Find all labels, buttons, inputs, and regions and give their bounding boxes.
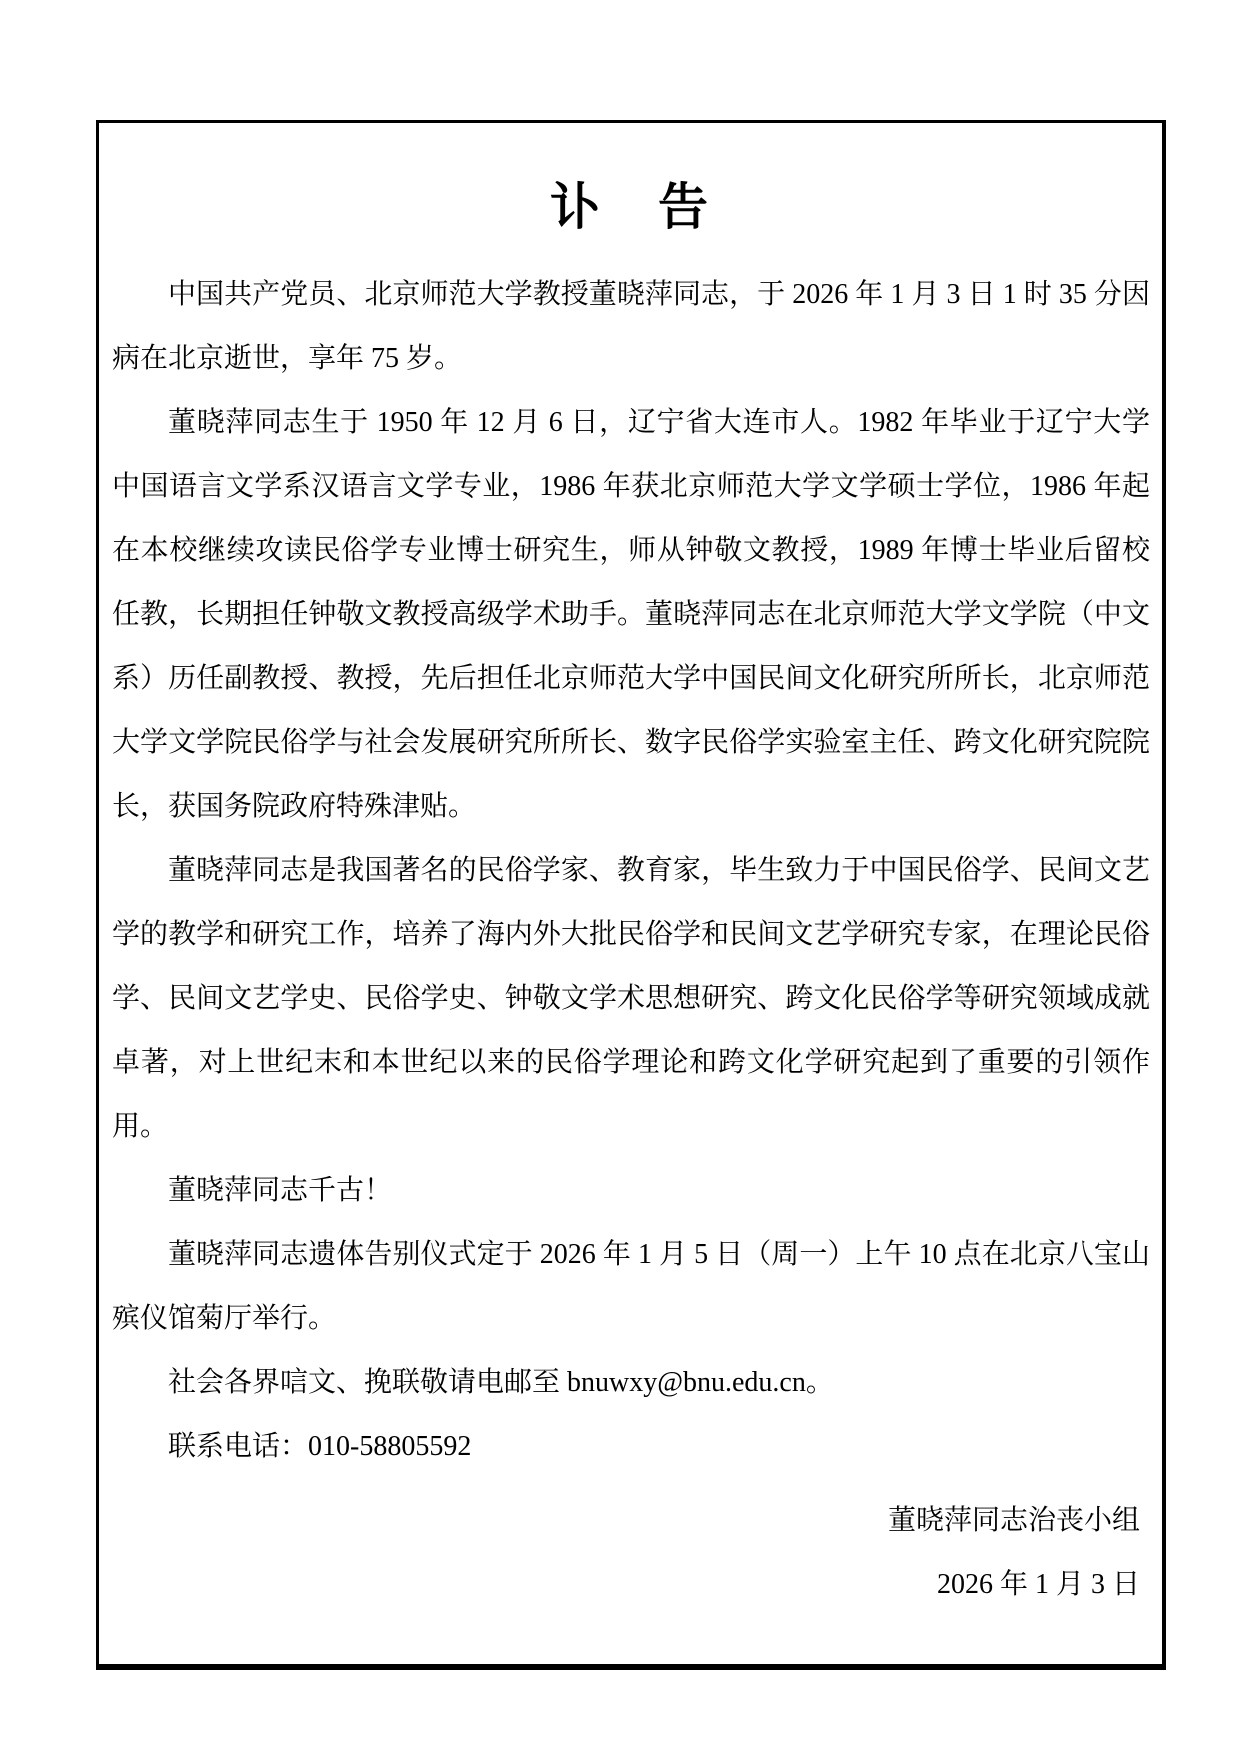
notice-paragraph-achievements: 董晓萍同志是我国著名的民俗学家、教育家，毕生致力于中国民俗学、民间文艺学的教学和… bbox=[112, 839, 1150, 1159]
notice-signature: 董晓萍同志治丧小组 2026 年 1 月 3 日 bbox=[112, 1489, 1150, 1617]
signature-date: 2026 年 1 月 3 日 bbox=[112, 1553, 1140, 1617]
notice-paragraph-death-announcement: 中国共产党员、北京师范大学教授董晓萍同志，于 2026 年 1 月 3 日 1 … bbox=[112, 263, 1150, 391]
notice-paragraph-contact-phone: 联系电话：010-58805592 bbox=[112, 1415, 1150, 1479]
notice-body: 中国共产党员、北京师范大学教授董晓萍同志，于 2026 年 1 月 3 日 1 … bbox=[112, 263, 1150, 1479]
notice-paragraph-condolence-email: 社会各界唁文、挽联敬请电邮至 bnuwxy@bnu.edu.cn。 bbox=[112, 1351, 1150, 1415]
notice-paragraph-farewell-ceremony: 董晓萍同志遗体告别仪式定于 2026 年 1 月 5 日（周一）上午 10 点在… bbox=[112, 1223, 1150, 1351]
signature-group-name: 董晓萍同志治丧小组 bbox=[112, 1489, 1140, 1553]
notice-title: 讣 告 bbox=[112, 151, 1150, 263]
notice-paragraph-tribute: 董晓萍同志千古！ bbox=[112, 1159, 1150, 1223]
obituary-page: 讣 告 中国共产党员、北京师范大学教授董晓萍同志，于 2026 年 1 月 3 … bbox=[0, 0, 1254, 1743]
notice-paragraph-biography: 董晓萍同志生于 1950 年 12 月 6 日，辽宁省大连市人。1982 年毕业… bbox=[112, 391, 1150, 839]
notice-border-box: 讣 告 中国共产党员、北京师范大学教授董晓萍同志，于 2026 年 1 月 3 … bbox=[96, 120, 1166, 1670]
